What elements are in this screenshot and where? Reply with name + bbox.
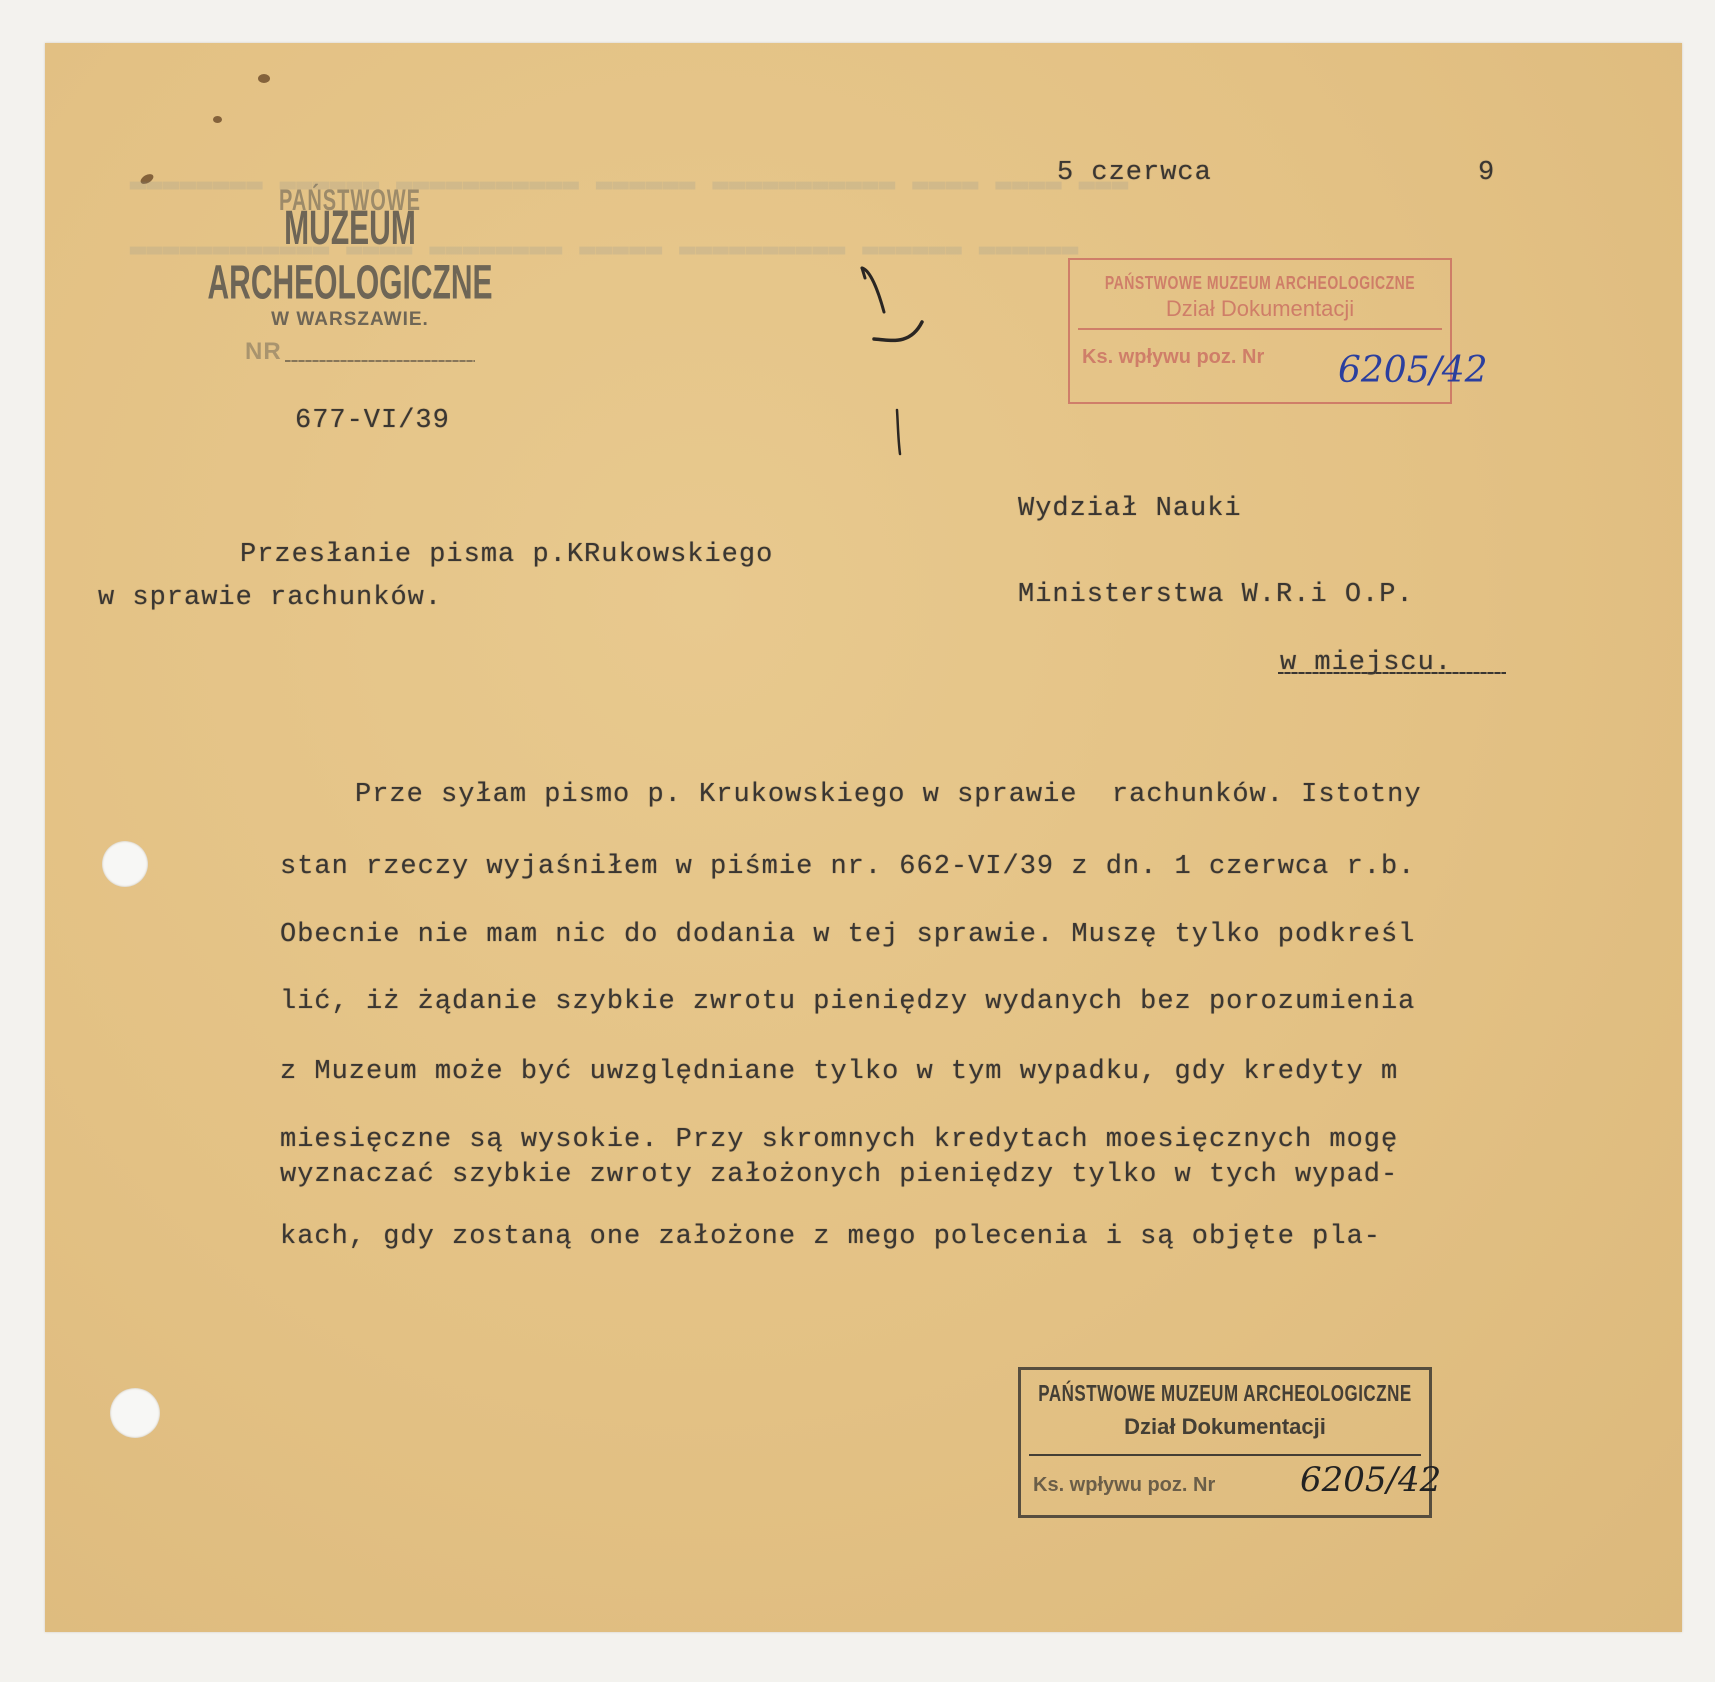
recipient-underline — [1278, 672, 1506, 674]
red-stamp-line2: Dział Dokumentacji — [1070, 296, 1450, 322]
stain-mark — [213, 116, 222, 123]
subject-line2: w sprawie rachunków. — [98, 583, 442, 613]
body-line: Obecnie nie mam nic do dodania w tej spr… — [280, 920, 1415, 950]
letterhead-stamp: PAŃSTWOWE MUZEUM ARCHEOLOGICZNE W WARSZA… — [150, 190, 550, 331]
letterhead-nr-label: NR — [245, 338, 282, 366]
body-line: miesięczne są wysokie. Przy skromnych kr… — [280, 1125, 1398, 1155]
red-stamp-line1: PAŃSTWOWE MUZEUM ARCHEOLOGICZNE — [1070, 271, 1450, 293]
recipient-line2: Ministerstwa W.R.i O.P. — [1018, 580, 1414, 610]
bottom-stamp-handwritten-number: 6205/42 — [1300, 1460, 1441, 1500]
letterhead-nr-line — [285, 360, 475, 362]
body-line: lić, iż żądanie szybkie zwrotu pieniędzy… — [280, 987, 1415, 1017]
red-stamp-handwritten-number: 6205/42 — [1338, 350, 1488, 391]
recipient-line1: Wydział Nauki — [1018, 494, 1242, 524]
bottom-stamp-line2: Dział Dokumentacji — [1021, 1414, 1429, 1440]
body-line: wyznaczać szybkie zwroty założonych pien… — [280, 1160, 1398, 1190]
punch-hole — [102, 841, 148, 887]
body-line: kach, gdy zostaną one założone z mego po… — [280, 1222, 1381, 1252]
subject-line1: Przesłanie pisma p.KRukowskiego — [240, 540, 773, 570]
reference-number: 677-VI/39 — [295, 406, 450, 436]
date-day-month: 5 czerwca — [1057, 158, 1212, 188]
body-line: stan rzeczy wyjaśniłem w piśmie nr. 662-… — [280, 852, 1415, 882]
body-line: Prze syłam pismo p. Krukowskiego w spraw… — [355, 780, 1422, 810]
letterhead-line3: W WARSZAWIE. — [150, 309, 550, 331]
letterhead-line2: MUZEUM ARCHEOLOGICZNE — [150, 203, 550, 312]
body-line: z Muzeum może być uwzględniane tylko w t… — [280, 1057, 1398, 1087]
date-year-fragment: 9 — [1478, 158, 1495, 188]
stain-mark — [258, 74, 270, 83]
handwritten-mark — [820, 240, 980, 470]
punch-hole — [110, 1388, 160, 1438]
bottom-stamp-line1: PAŃSTWOWE MUZEUM ARCHEOLOGICZNE — [1021, 1381, 1429, 1408]
